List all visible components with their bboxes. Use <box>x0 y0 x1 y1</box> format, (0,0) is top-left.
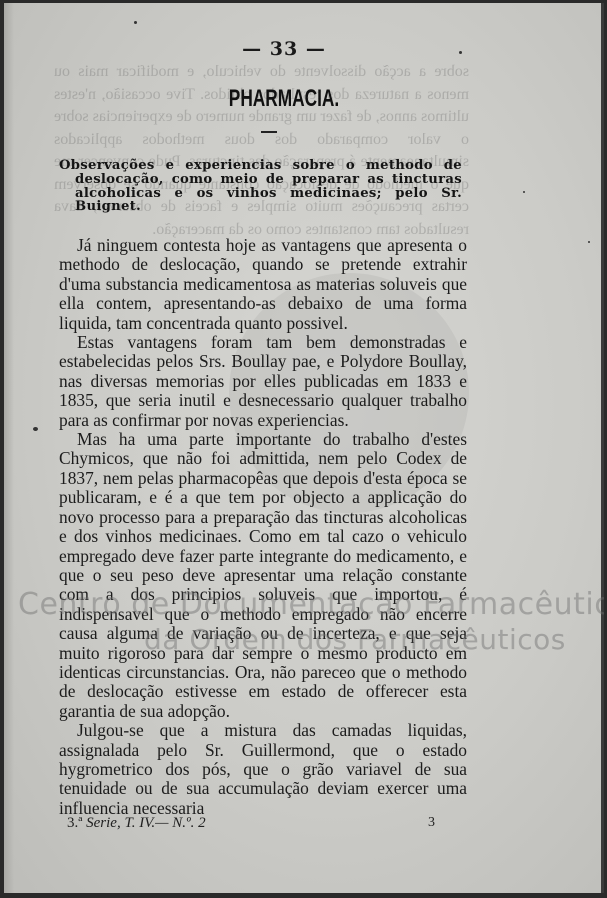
binding-shadow <box>4 3 14 893</box>
article-heading: Observações e experiencias sobre o metho… <box>59 159 462 214</box>
footer-issue: — N.º. 2 <box>155 815 206 831</box>
speck <box>523 191 525 193</box>
title-rule <box>261 131 277 133</box>
paragraph: Estas vantagens foram tam bem demonstrad… <box>59 333 467 430</box>
footer-series: 3.ª <box>67 815 82 831</box>
paragraph: Mas ha uma parte importante do trabalho … <box>59 430 467 721</box>
page-edge <box>601 3 604 893</box>
page-number: — 33 — <box>4 38 604 60</box>
paragraph: Já ninguem contesta hoje as vantagens qu… <box>59 236 467 333</box>
signature-mark: 3 <box>428 815 435 831</box>
footer-signature: 3.ª Serie, T. IV.— N.º. 2 <box>67 815 206 832</box>
section-title: PHARMACIA. <box>54 85 515 113</box>
article-body: Já ninguem contesta hoje as vantagens qu… <box>59 236 467 818</box>
paragraph: Julgou-se que a mistura das camadas liqu… <box>59 721 467 818</box>
speck <box>33 427 38 431</box>
speck <box>134 21 137 24</box>
footer-series-label: Serie, <box>86 815 121 831</box>
speck <box>588 241 590 243</box>
footer-volume: T. IV. <box>124 815 155 831</box>
scanned-page: sobre a acção dissolvente do vehiculo, e… <box>4 3 604 893</box>
